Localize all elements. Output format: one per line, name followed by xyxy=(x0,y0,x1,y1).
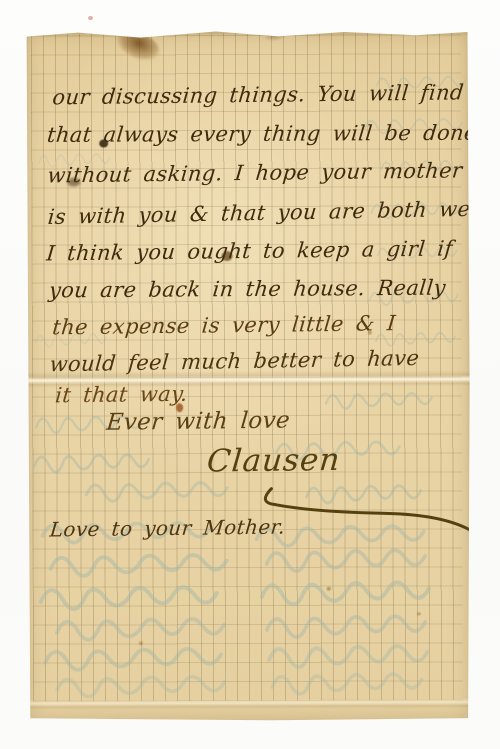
letter-line: I think you ought to keep a girl if xyxy=(45,236,453,265)
letter-line: you are back in the house. Really xyxy=(48,276,447,303)
letter-line: our discussing things. You will find xyxy=(51,80,465,109)
letter-line: it that way. xyxy=(54,382,189,408)
valediction: Ever with love xyxy=(105,407,291,435)
letter-line: that always every thing will be done xyxy=(46,121,478,147)
postscript: Love to your Mother. xyxy=(49,515,287,542)
letter-line: is with you & that you are both well xyxy=(47,197,486,229)
letter-line: without asking. I hope your mother xyxy=(46,158,463,187)
dust-speck xyxy=(88,16,93,20)
letter-line: the expense is very little & I xyxy=(51,311,397,339)
letter-line: would feel much better to have xyxy=(49,346,421,376)
handwriting: our discussing things. You will find tha… xyxy=(22,28,474,723)
scanned-letter-backdrop: our discussing things. You will find tha… xyxy=(0,0,500,749)
letter-page: our discussing things. You will find tha… xyxy=(25,30,471,722)
signature: Clausen xyxy=(205,442,342,480)
